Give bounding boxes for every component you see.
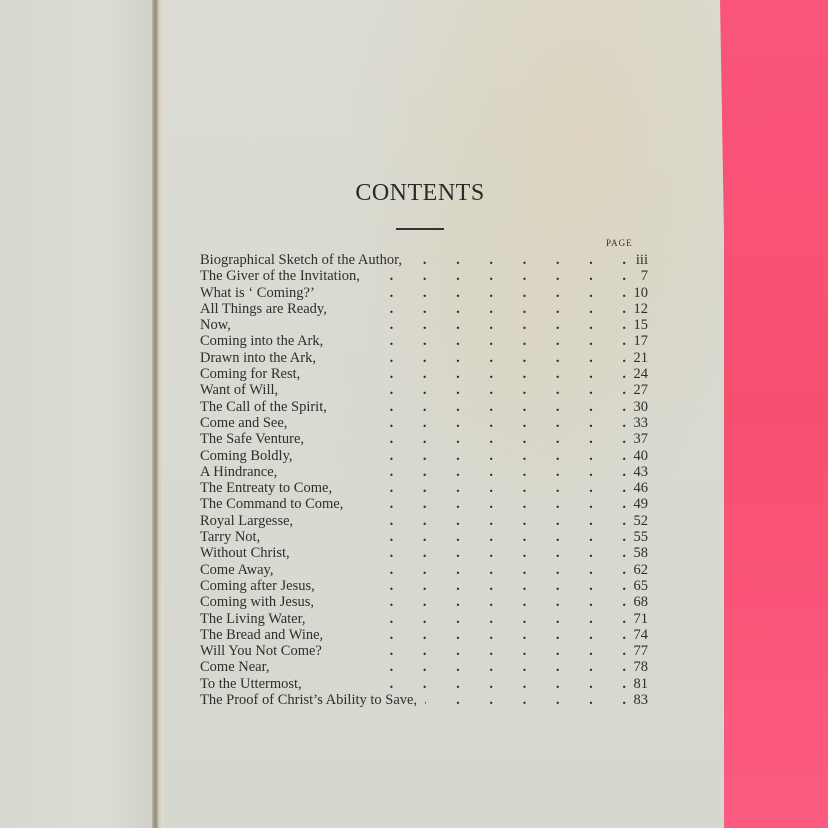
title-rule-divider [396, 228, 444, 230]
toc-entry-page: 46 [618, 480, 648, 496]
toc-entry: . . . . . . . .What is ‘ Coming?’10 [200, 285, 648, 301]
toc-entry-title: Coming after Jesus, [200, 578, 315, 594]
toc-entry: . . . . . . . .The Command to Come,49 [200, 496, 648, 512]
toc-entry: . . . . . . . .The Living Water,71 [200, 611, 648, 627]
toc-entry-page: 37 [618, 431, 648, 447]
toc-entry-page: 58 [618, 545, 648, 561]
toc-entry: . . . . . . . .Royal Largesse,52 [200, 513, 648, 529]
toc-entry: . . . . . . . .Drawn into the Ark,21 [200, 350, 648, 366]
toc-entry-title: Coming Boldly, [200, 448, 293, 464]
toc-entry-page: 49 [618, 496, 648, 512]
dot-leader: . . . . . . . . [200, 529, 626, 545]
toc-entry-page: 21 [618, 350, 648, 366]
toc-entry-page: iii [618, 252, 648, 268]
toc-entry-page: 27 [618, 382, 648, 398]
toc-entry: . . . . . . . .Come Near,78 [200, 659, 648, 675]
toc-entry-page: 81 [618, 676, 648, 692]
toc-entry: . . . . . . . .The Giver of the Invitati… [200, 268, 648, 284]
toc-entry-page: 17 [618, 333, 648, 349]
toc-entry-page: 52 [618, 513, 648, 529]
toc-entry-title: What is ‘ Coming?’ [200, 285, 315, 301]
toc-entry-page: 10 [618, 285, 648, 301]
toc-entry-page: 40 [618, 448, 648, 464]
toc-entry-title: The Giver of the Invitation, [200, 268, 360, 284]
toc-entry-title: The Command to Come, [200, 496, 343, 512]
toc-entry: . . . . . . . .Without Christ,58 [200, 545, 648, 561]
toc-entry: . . . . . . . .Coming after Jesus,65 [200, 578, 648, 594]
toc-entry: . . . . . . . .Biographical Sketch of th… [200, 252, 648, 268]
toc-entry-title: Royal Largesse, [200, 513, 293, 529]
toc-entry-title: The Entreaty to Come, [200, 480, 332, 496]
toc-entry-title: All Things are Ready, [200, 301, 327, 317]
toc-entry-title: The Safe Venture, [200, 431, 304, 447]
toc-entry-title: Biographical Sketch of the Author, [200, 252, 402, 268]
book-gutter [152, 0, 164, 828]
toc-entry-page: 68 [618, 594, 648, 610]
toc-entry: . . . . . . . .Tarry Not,55 [200, 529, 648, 545]
toc-entry: . . . . . . . .The Entreaty to Come,46 [200, 480, 648, 496]
toc-entry: . . . . . . . .Coming Boldly,40 [200, 448, 648, 464]
toc-entry-page: 65 [618, 578, 648, 594]
toc-entry: . . . . . . . .Now,15 [200, 317, 648, 333]
toc-entry: . . . . . . . .Coming with Jesus,68 [200, 594, 648, 610]
toc-entry-title: The Proof of Christ’s Ability to Save, [200, 692, 417, 708]
toc-entry-page: 78 [618, 659, 648, 675]
pink-background [720, 0, 828, 828]
toc-entry-title: Will You Not Come? [200, 643, 322, 659]
toc-entry-page: 55 [618, 529, 648, 545]
toc-entry-title: Come Near, [200, 659, 269, 675]
toc-entry: . . . . . . . .Will You Not Come?77 [200, 643, 648, 659]
left-page [0, 0, 152, 828]
toc-entry-title: Without Christ, [200, 545, 290, 561]
toc-entry-page: 7 [618, 268, 648, 284]
toc-entry-title: To the Uttermost, [200, 676, 302, 692]
toc-entry-page: 30 [618, 399, 648, 415]
toc-entry-title: Come Away, [200, 562, 273, 578]
toc-entry-title: Coming into the Ark, [200, 333, 323, 349]
toc-entry-page: 71 [618, 611, 648, 627]
toc-entry-page: 74 [618, 627, 648, 643]
toc-entry: . . . . . . . .The Bread and Wine,74 [200, 627, 648, 643]
toc-entry: . . . . . . . .The Call of the Spirit,30 [200, 399, 648, 415]
toc-entry: . . . . . . . .Want of Will,27 [200, 382, 648, 398]
toc-entry-title: The Bread and Wine, [200, 627, 323, 643]
dot-leader: . . . . . . . . [200, 317, 626, 333]
toc-entry-page: 77 [618, 643, 648, 659]
toc-entry: . . . . . . . .The Proof of Christ’s Abi… [200, 692, 648, 708]
toc-entry-page: 15 [618, 317, 648, 333]
toc-entry-title: The Living Water, [200, 611, 306, 627]
toc-entry: . . . . . . . .A Hindrance,43 [200, 464, 648, 480]
toc-entry-title: Coming with Jesus, [200, 594, 314, 610]
toc-entry: . . . . . . . .To the Uttermost,81 [200, 676, 648, 692]
page-title: CONTENTS [164, 180, 676, 207]
toc-entry: . . . . . . . .Come Away,62 [200, 562, 648, 578]
toc-entry-title: Tarry Not, [200, 529, 260, 545]
toc-entry-title: The Call of the Spirit, [200, 399, 327, 415]
table-of-contents: . . . . . . . .Biographical Sketch of th… [200, 252, 648, 708]
toc-entry-title: Come and See, [200, 415, 287, 431]
page-column-label: PAGE [606, 238, 633, 248]
toc-entry: . . . . . . . .The Safe Venture,37 [200, 431, 648, 447]
toc-entry-title: Coming for Rest, [200, 366, 300, 382]
toc-entry-page: 33 [618, 415, 648, 431]
toc-entry: . . . . . . . .Come and See,33 [200, 415, 648, 431]
toc-entry-page: 62 [618, 562, 648, 578]
toc-entry: . . . . . . . .All Things are Ready,12 [200, 301, 648, 317]
toc-entry-title: A Hindrance, [200, 464, 277, 480]
toc-entry-page: 43 [618, 464, 648, 480]
toc-entry-page: 24 [618, 366, 648, 382]
toc-entry: . . . . . . . .Coming into the Ark,17 [200, 333, 648, 349]
toc-entry-title: Drawn into the Ark, [200, 350, 316, 366]
toc-entry-title: Now, [200, 317, 231, 333]
toc-entry-page: 83 [618, 692, 648, 708]
toc-entry: . . . . . . . .Coming for Rest,24 [200, 366, 648, 382]
toc-entry-page: 12 [618, 301, 648, 317]
toc-entry-title: Want of Will, [200, 382, 278, 398]
